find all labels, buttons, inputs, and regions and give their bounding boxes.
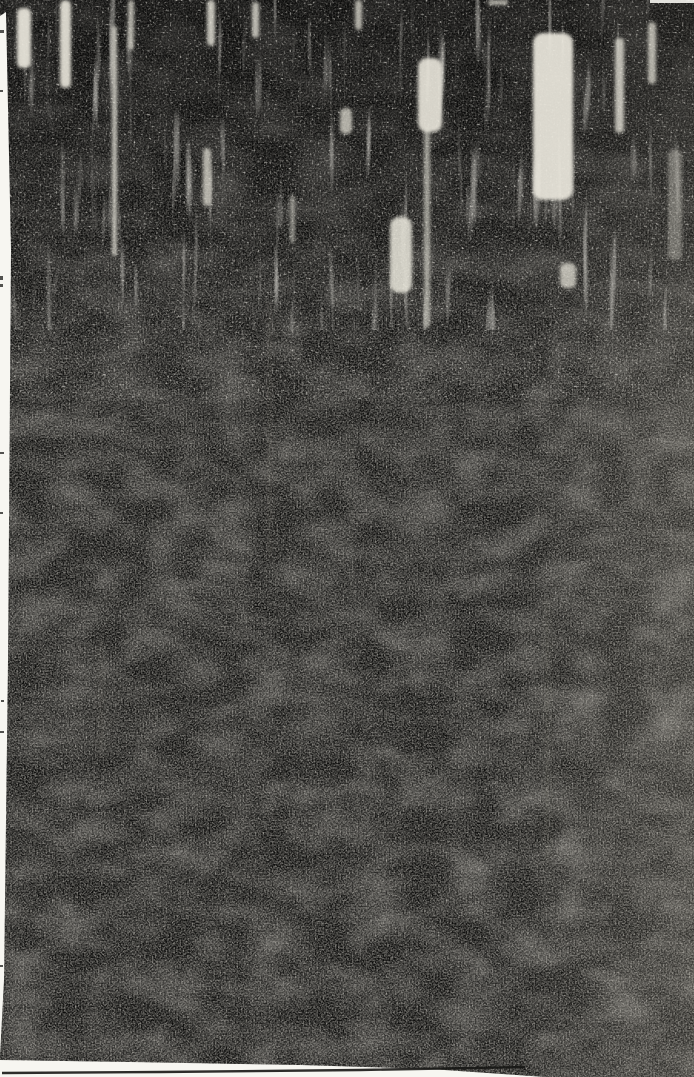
pale-patch bbox=[560, 263, 576, 288]
pale-patch-large bbox=[533, 33, 573, 200]
pale-streak bbox=[648, 22, 656, 84]
pale-streak bbox=[340, 108, 352, 134]
pale-streak bbox=[128, 0, 134, 50]
pale-streak bbox=[615, 38, 624, 133]
pale-streak bbox=[17, 8, 31, 68]
pale-streak bbox=[207, 0, 215, 46]
margin-tick bbox=[0, 284, 3, 287]
margin-tick bbox=[0, 512, 3, 514]
top-streak-noise-layer bbox=[0, 0, 694, 330]
margin-tick bbox=[0, 30, 4, 33]
margin-tick bbox=[0, 276, 3, 280]
margin-tick bbox=[0, 731, 4, 733]
scratch-line bbox=[268, 300, 271, 560]
margin-tick bbox=[0, 965, 3, 967]
margin-tick bbox=[1, 700, 4, 702]
scratch-line bbox=[350, 430, 353, 590]
pale-streak bbox=[60, 0, 71, 88]
scanned-page bbox=[0, 0, 694, 1077]
pale-notch bbox=[488, 0, 508, 5]
top-right-margin-sliver bbox=[650, 0, 694, 3]
pale-streak bbox=[355, 0, 362, 30]
pale-patch bbox=[418, 58, 442, 132]
pale-streak bbox=[252, 2, 259, 38]
scratch-line bbox=[100, 640, 103, 760]
margin-tick bbox=[0, 90, 3, 92]
scan-image bbox=[0, 0, 694, 1077]
pale-streak bbox=[424, 128, 430, 328]
margin-tick bbox=[0, 452, 4, 454]
pale-streak bbox=[290, 195, 295, 243]
pale-streak bbox=[668, 150, 682, 260]
pale-streak bbox=[203, 148, 211, 206]
pale-streak bbox=[112, 26, 117, 256]
scratch-line bbox=[545, 600, 549, 860]
pale-patch bbox=[390, 217, 412, 293]
